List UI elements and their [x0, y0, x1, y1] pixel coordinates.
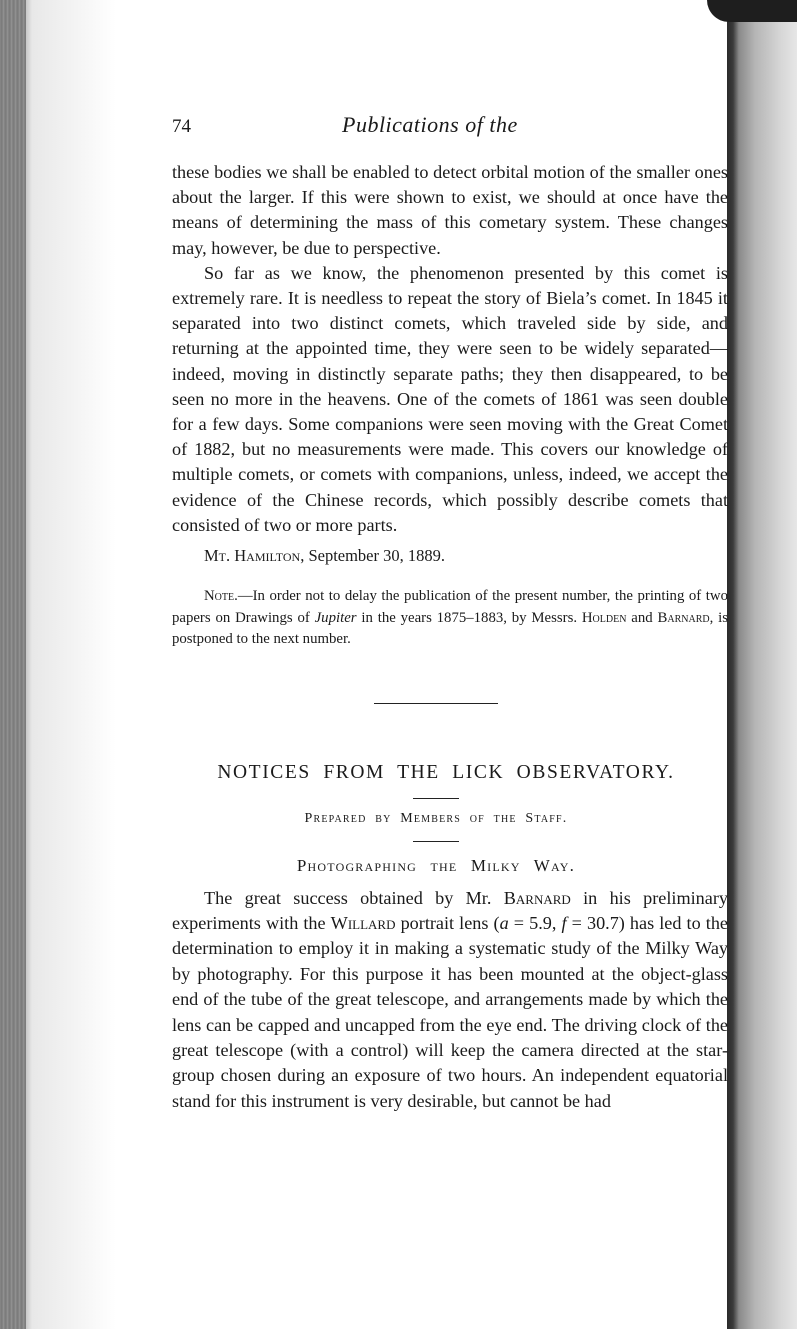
text-run: = 5.9,	[509, 913, 562, 933]
person-name: Barnard	[504, 888, 571, 908]
paragraph: The great success obtained by Mr. Barnar…	[172, 886, 728, 1115]
note-author: Barnard	[657, 610, 709, 626]
section-divider	[374, 703, 498, 704]
dateline-place: Mt. Hamilton	[204, 546, 300, 565]
dateline: Mt. Hamilton, September 30, 1889.	[172, 544, 728, 568]
paragraph: So far as we know, the phenomenon presen…	[172, 261, 728, 538]
running-title: Publications of the	[342, 112, 518, 138]
page-margin-shading	[26, 0, 116, 1329]
subtitle-rule	[413, 841, 459, 842]
next-page-edge	[727, 0, 797, 1329]
page-corner-shadow	[707, 0, 797, 22]
section-title: NOTICES FROM THE LICK OBSERVATORY.	[168, 762, 724, 784]
dateline-date: , September 30, 1889.	[300, 546, 445, 565]
page: 74 Publications of the these bodies we s…	[172, 112, 728, 1114]
text-run: The great success obtained by Mr.	[204, 888, 504, 908]
note-text: in the years 1875–1883, by Messrs.	[357, 610, 582, 626]
continued-article: these bodies we shall be enabled to dete…	[172, 160, 728, 538]
note-italic-jupiter: Jupiter	[315, 610, 357, 626]
editorial-note: Note.—In order not to delay the publicat…	[172, 586, 728, 651]
article-body: The great success obtained by Mr. Barnar…	[172, 886, 728, 1115]
text-run: = 30.7) has led to the determination to …	[172, 913, 728, 1111]
page-number: 74	[172, 116, 191, 138]
title-rule	[413, 798, 459, 799]
running-head: 74 Publications of the	[172, 112, 728, 144]
book-binding-edge	[0, 0, 26, 1329]
text-run: portrait lens (	[396, 913, 500, 933]
article-title: Photographing the Milky Way.	[158, 856, 714, 876]
note-text: and	[626, 610, 657, 626]
note-label: Note.	[172, 588, 238, 604]
note-author: Holden	[582, 610, 627, 626]
person-name: Willard	[331, 913, 396, 933]
paragraph: these bodies we shall be enabled to dete…	[172, 160, 728, 261]
math-variable: a	[500, 913, 509, 933]
section-subtitle: Prepared by Members of the Staff.	[158, 811, 714, 827]
